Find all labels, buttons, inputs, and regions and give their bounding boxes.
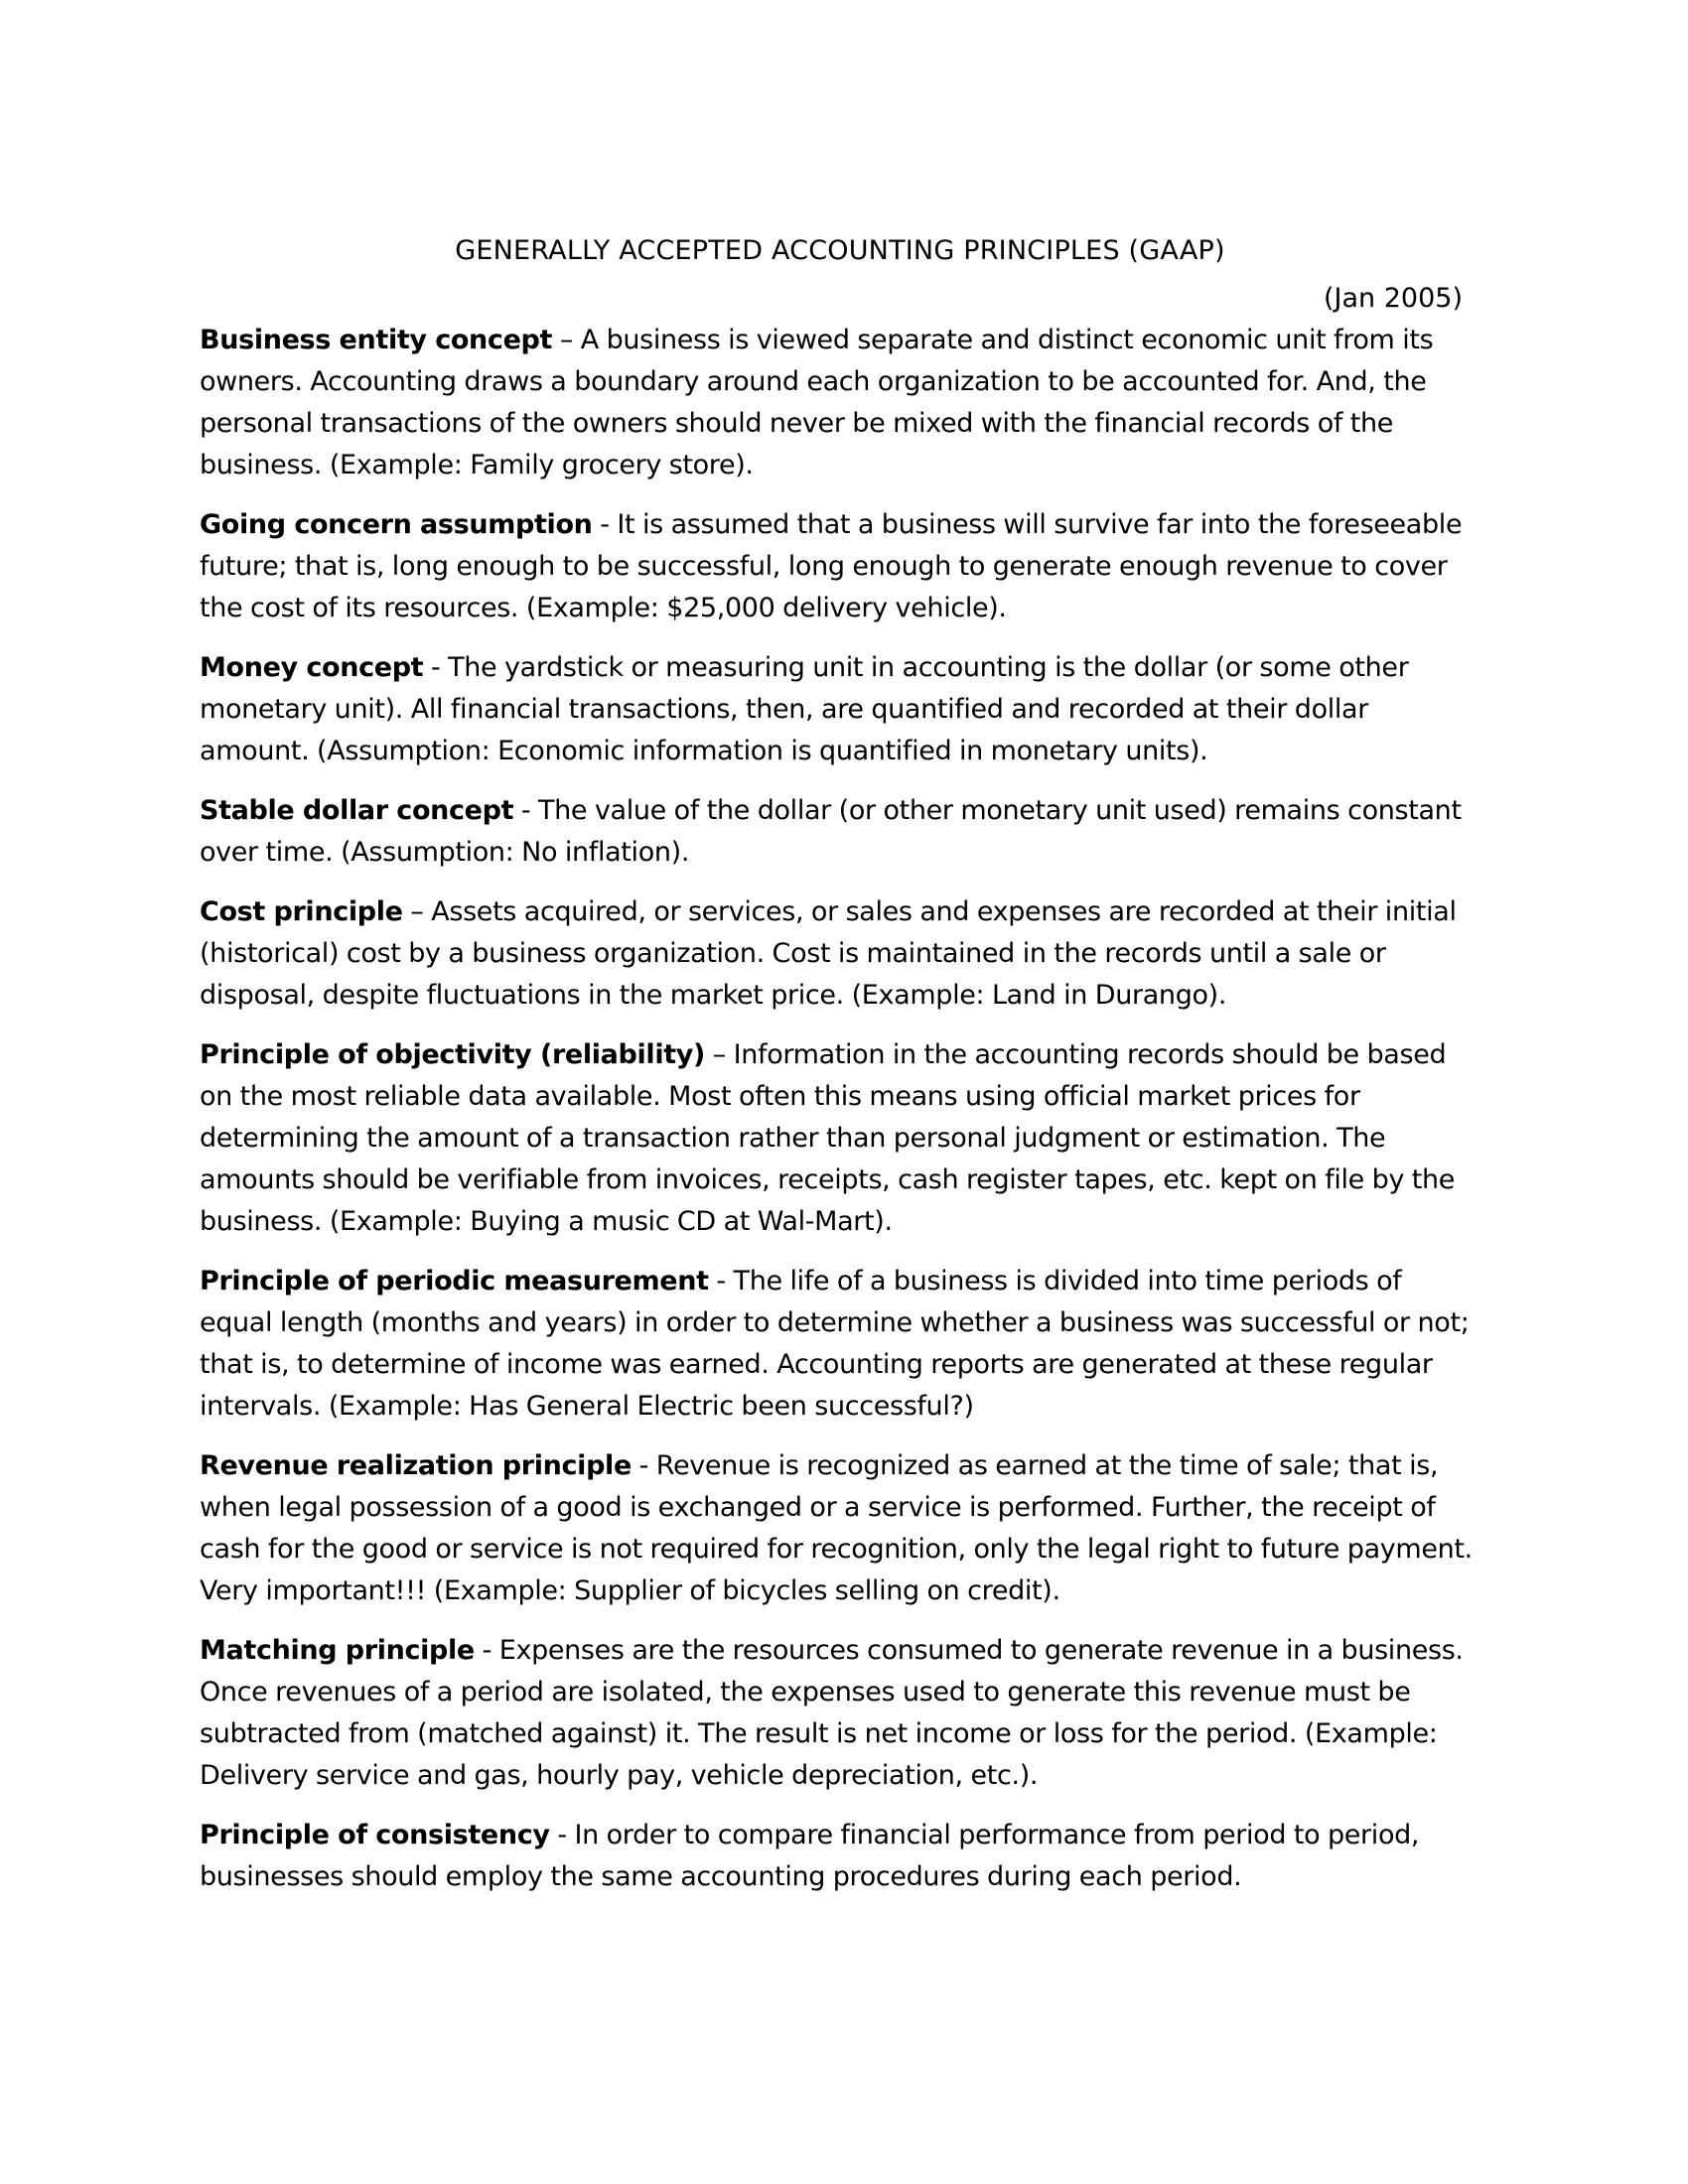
entry-principle-of-objectivity: Principle of objectivity (reliability) –… xyxy=(200,1034,1480,1243)
entry-term: Going concern assumption xyxy=(200,509,593,540)
entry-stable-dollar-concept: Stable dollar concept - The value of the… xyxy=(200,790,1480,874)
entry-term: Principle of objectivity (reliability) xyxy=(200,1039,705,1070)
entry-term: Cost principle xyxy=(200,896,403,927)
entry-separator: - xyxy=(423,652,448,683)
entry-term: Matching principle xyxy=(200,1635,475,1666)
document-title: GENERALLY ACCEPTED ACCOUNTING PRINCIPLES… xyxy=(200,230,1480,272)
entry-cost-principle: Cost principle – Assets acquired, or ser… xyxy=(200,891,1480,1017)
entry-revenue-realization-principle: Revenue realization principle - Revenue … xyxy=(200,1445,1480,1612)
entry-term: Stable dollar concept xyxy=(200,795,513,826)
entry-matching-principle: Matching principle - Expenses are the re… xyxy=(200,1630,1480,1797)
entry-separator: - xyxy=(513,795,538,826)
entry-going-concern-assumption: Going concern assumption - It is assumed… xyxy=(200,504,1480,629)
entry-term: Business entity concept xyxy=(200,325,552,355)
entry-business-entity-concept: Business entity concept – A business is … xyxy=(200,320,1480,486)
entry-separator: - xyxy=(632,1450,656,1481)
entry-term: Principle of periodic measurement xyxy=(200,1266,709,1297)
entry-term: Money concept xyxy=(200,652,423,683)
entry-term: Revenue realization principle xyxy=(200,1450,632,1481)
entry-money-concept: Money concept - The yardstick or measuri… xyxy=(200,647,1480,772)
entry-separator: - xyxy=(550,1820,575,1850)
entry-separator: - xyxy=(593,509,618,540)
entry-separator: - xyxy=(709,1266,734,1297)
entry-separator: - xyxy=(475,1635,499,1666)
entry-separator: – xyxy=(403,896,432,927)
document-date: (Jan 2005) xyxy=(200,278,1480,320)
entry-principle-of-periodic-measurement: Principle of periodic measurement - The … xyxy=(200,1261,1480,1428)
entry-separator: – xyxy=(552,325,581,355)
entry-separator: – xyxy=(705,1039,734,1070)
entry-term: Principle of consistency xyxy=(200,1820,550,1850)
document-page: GENERALLY ACCEPTED ACCOUNTING PRINCIPLES… xyxy=(200,230,1480,1916)
entry-principle-of-consistency: Principle of consistency - In order to c… xyxy=(200,1815,1480,1898)
